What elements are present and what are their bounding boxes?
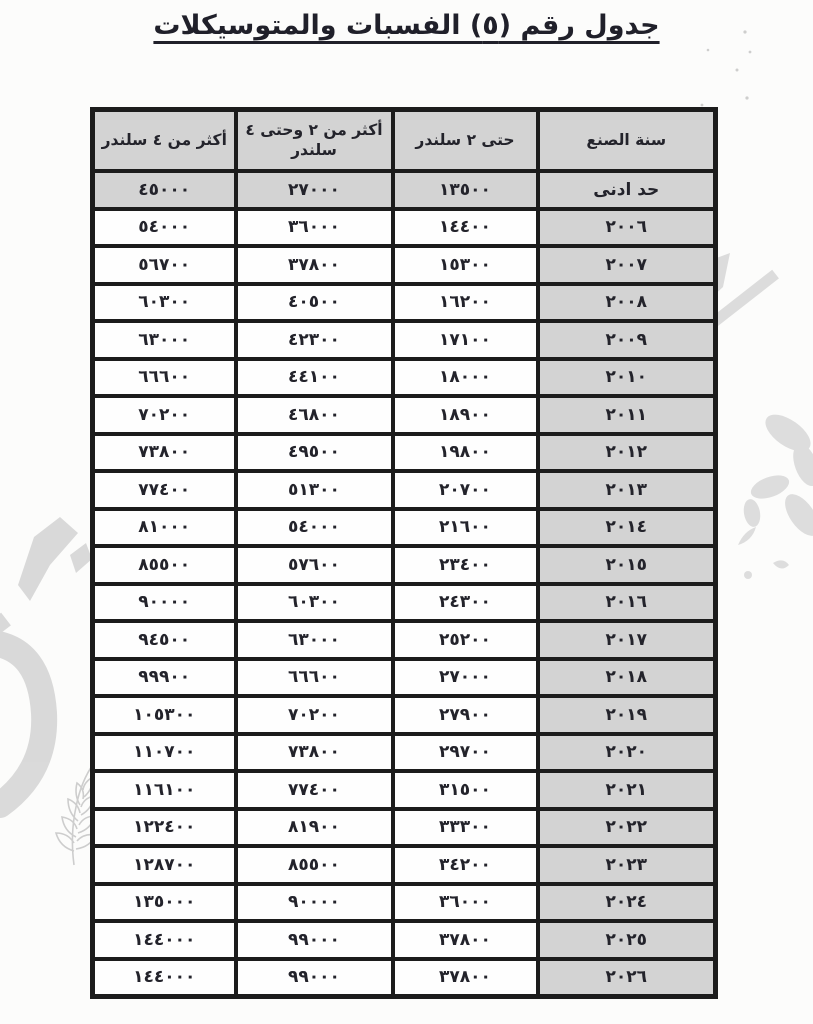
value-cell: ٢٥٢٠٠ [393, 621, 538, 659]
year-cell: حد ادنى [538, 171, 716, 209]
value-cell: ٦٣٠٠٠ [93, 321, 236, 359]
value-cell: ١٨٩٠٠ [393, 396, 538, 434]
watermark-floral-right [718, 395, 813, 605]
table-row: ٢٠٠٨١٦٢٠٠٤٠٥٠٠٦٠٣٠٠ [93, 284, 716, 322]
year-cell: ٢٠١٥ [538, 546, 716, 584]
value-cell: ١٢٨٧٠٠ [93, 846, 236, 884]
year-cell: ٢٠١٩ [538, 696, 716, 734]
col-header-over4: أكثر من ٤ سلندر [93, 110, 236, 172]
table-row: ٢٠١١١٨٩٠٠٤٦٨٠٠٧٠٢٠٠ [93, 396, 716, 434]
value-cell: ٣٣٣٠٠ [393, 809, 538, 847]
table-row: ٢٠١٧٢٥٢٠٠٦٣٠٠٠٩٤٥٠٠ [93, 621, 716, 659]
value-cell: ٤٥٠٠٠ [93, 171, 236, 209]
value-cell: ٤٤١٠٠ [236, 359, 393, 397]
value-cell: ٢٩٧٠٠ [393, 734, 538, 772]
value-cell: ٣٧٨٠٠ [393, 921, 538, 959]
value-cell: ١٤٤٠٠ [393, 209, 538, 247]
value-cell: ٣٧٨٠٠ [236, 246, 393, 284]
value-cell: ٧٧٤٠٠ [93, 471, 236, 509]
year-cell: ٢٠٠٩ [538, 321, 716, 359]
value-cell: ٩٩٩٠٠ [93, 659, 236, 697]
value-cell: ٧٠٢٠٠ [236, 696, 393, 734]
table-row: ٢٠٢٥٣٧٨٠٠٩٩٠٠٠١٤٤٠٠٠ [93, 921, 716, 959]
year-cell: ٢٠١٣ [538, 471, 716, 509]
table-row: ٢٠٠٧١٥٣٠٠٣٧٨٠٠٥٦٧٠٠ [93, 246, 716, 284]
value-cell: ٢٠٧٠٠ [393, 471, 538, 509]
value-cell: ١٤٤٠٠٠ [93, 921, 236, 959]
value-cell: ٣٤٢٠٠ [393, 846, 538, 884]
value-cell: ٩٤٥٠٠ [93, 621, 236, 659]
value-cell: ١٧١٠٠ [393, 321, 538, 359]
value-cell: ٦٠٣٠٠ [236, 584, 393, 622]
value-cell: ١٤٤٠٠٠ [93, 959, 236, 997]
year-cell: ٢٠١٨ [538, 659, 716, 697]
value-cell: ٦٠٣٠٠ [93, 284, 236, 322]
table-row: ٢٠١٠١٨٠٠٠٤٤١٠٠٦٦٦٠٠ [93, 359, 716, 397]
value-cell: ٨١٠٠٠ [93, 509, 236, 547]
value-cell: ٧٣٨٠٠ [93, 434, 236, 472]
value-cell: ٢١٦٠٠ [393, 509, 538, 547]
table-row: ٢٠٠٦١٤٤٠٠٣٦٠٠٠٥٤٠٠٠ [93, 209, 716, 247]
value-cell: ١١٦١٠٠ [93, 771, 236, 809]
value-cell: ٥٤٠٠٠ [236, 509, 393, 547]
value-cell: ٩٠٠٠٠ [93, 584, 236, 622]
value-cell: ٨٥٥٠٠ [93, 546, 236, 584]
value-cell: ٧٣٨٠٠ [236, 734, 393, 772]
value-cell: ١٨٠٠٠ [393, 359, 538, 397]
value-cell: ٤٠٥٠٠ [236, 284, 393, 322]
table-row: ٢٠٢٦٣٧٨٠٠٩٩٠٠٠١٤٤٠٠٠ [93, 959, 716, 997]
year-cell: ٢٠٢٠ [538, 734, 716, 772]
year-cell: ٢٠٢٦ [538, 959, 716, 997]
value-cell: ٩٩٠٠٠ [236, 959, 393, 997]
value-cell: ١١٠٧٠٠ [93, 734, 236, 772]
year-cell: ٢٠٢٥ [538, 921, 716, 959]
value-cell: ٤٦٨٠٠ [236, 396, 393, 434]
table-row: ٢٠٢٠٢٩٧٠٠٧٣٨٠٠١١٠٧٠٠ [93, 734, 716, 772]
year-cell: ٢٠١١ [538, 396, 716, 434]
col-header-upto2: حتى ٢ سلندر [393, 110, 538, 172]
value-cell: ٢٧٩٠٠ [393, 696, 538, 734]
year-cell: ٢٠٢٤ [538, 884, 716, 922]
value-cell: ٨١٩٠٠ [236, 809, 393, 847]
value-cell: ١٦٢٠٠ [393, 284, 538, 322]
value-cell: ٣١٥٠٠ [393, 771, 538, 809]
year-cell: ٢٠١٢ [538, 434, 716, 472]
value-cell: ٢٤٣٠٠ [393, 584, 538, 622]
header-row: سنة الصنع حتى ٢ سلندر أكثر من ٢ وحتى ٤ س… [93, 110, 716, 172]
value-cell: ٣٦٠٠٠ [236, 209, 393, 247]
page-title: جدول رقم (٥) الفسبات والمتوسيكلات [153, 10, 659, 41]
table-row: ٢٠١٣٢٠٧٠٠٥١٣٠٠٧٧٤٠٠ [93, 471, 716, 509]
table-row: ٢٠٢٣٣٤٢٠٠٨٥٥٠٠١٢٨٧٠٠ [93, 846, 716, 884]
value-cell: ١٣٥٠٠٠ [93, 884, 236, 922]
value-cell: ٧٧٤٠٠ [236, 771, 393, 809]
value-cell: ٩٠٠٠٠ [236, 884, 393, 922]
value-cell: ٥٧٦٠٠ [236, 546, 393, 584]
col-header-from2to4: أكثر من ٢ وحتى ٤ سلندر [236, 110, 393, 172]
year-cell: ٢٠١٠ [538, 359, 716, 397]
table-row: ٢٠١٥٢٣٤٠٠٥٧٦٠٠٨٥٥٠٠ [93, 546, 716, 584]
value-cell: ١٣٥٠٠ [393, 171, 538, 209]
table-row: ٢٠١٩٢٧٩٠٠٧٠٢٠٠١٠٥٣٠٠ [93, 696, 716, 734]
value-cell: ٥٦٧٠٠ [93, 246, 236, 284]
year-cell: ٢٠١٧ [538, 621, 716, 659]
year-cell: ٢٠١٦ [538, 584, 716, 622]
table-row: ٢٠١٤٢١٦٠٠٥٤٠٠٠٨١٠٠٠ [93, 509, 716, 547]
value-cell: ١٩٨٠٠ [393, 434, 538, 472]
value-cell: ٢٧٠٠٠ [393, 659, 538, 697]
scanned-document-page: جدول رقم (٥) الفسبات والمتوسيكلات سنة ال… [0, 0, 813, 1024]
value-cell: ٨٥٥٠٠ [236, 846, 393, 884]
table-row: ٢٠٠٩١٧١٠٠٤٢٣٠٠٦٣٠٠٠ [93, 321, 716, 359]
value-cell: ٤٩٥٠٠ [236, 434, 393, 472]
value-cell: ٥١٣٠٠ [236, 471, 393, 509]
table-row: ٢٠١٨٢٧٠٠٠٦٦٦٠٠٩٩٩٠٠ [93, 659, 716, 697]
table-row: حد ادنى١٣٥٠٠٢٧٠٠٠٤٥٠٠٠ [93, 171, 716, 209]
year-cell: ٢٠١٤ [538, 509, 716, 547]
table-row: ٢٠١٦٢٤٣٠٠٦٠٣٠٠٩٠٠٠٠ [93, 584, 716, 622]
col-header-year: سنة الصنع [538, 110, 716, 172]
title-row: جدول رقم (٥) الفسبات والمتوسيكلات [0, 10, 813, 41]
value-cell: ٢٧٠٠٠ [236, 171, 393, 209]
value-cell: ٥٤٠٠٠ [93, 209, 236, 247]
value-cell: ٣٦٠٠٠ [393, 884, 538, 922]
table-row: ٢٠٢٤٣٦٠٠٠٩٠٠٠٠١٣٥٠٠٠ [93, 884, 716, 922]
value-cell: ٣٧٨٠٠ [393, 959, 538, 997]
year-cell: ٢٠٢١ [538, 771, 716, 809]
value-cell: ١٠٥٣٠٠ [93, 696, 236, 734]
value-cell: ٦٦٦٠٠ [236, 659, 393, 697]
value-cell: ٦٦٦٠٠ [93, 359, 236, 397]
value-cell: ١٢٢٤٠٠ [93, 809, 236, 847]
value-cell: ٢٣٤٠٠ [393, 546, 538, 584]
value-cell: ١٥٣٠٠ [393, 246, 538, 284]
table-row: ٢٠٢٢٣٣٣٠٠٨١٩٠٠١٢٢٤٠٠ [93, 809, 716, 847]
year-cell: ٢٠٢٣ [538, 846, 716, 884]
table-body: حد ادنى١٣٥٠٠٢٧٠٠٠٤٥٠٠٠٢٠٠٦١٤٤٠٠٣٦٠٠٠٥٤٠٠… [93, 171, 716, 997]
year-cell: ٢٠٠٦ [538, 209, 716, 247]
year-cell: ٢٠٢٢ [538, 809, 716, 847]
price-table: سنة الصنع حتى ٢ سلندر أكثر من ٢ وحتى ٤ س… [90, 107, 718, 999]
value-cell: ٤٢٣٠٠ [236, 321, 393, 359]
value-cell: ٦٣٠٠٠ [236, 621, 393, 659]
value-cell: ٧٠٢٠٠ [93, 396, 236, 434]
table-row: ٢٠١٢١٩٨٠٠٤٩٥٠٠٧٣٨٠٠ [93, 434, 716, 472]
year-cell: ٢٠٠٧ [538, 246, 716, 284]
value-cell: ٩٩٠٠٠ [236, 921, 393, 959]
table-row: ٢٠٢١٣١٥٠٠٧٧٤٠٠١١٦١٠٠ [93, 771, 716, 809]
year-cell: ٢٠٠٨ [538, 284, 716, 322]
